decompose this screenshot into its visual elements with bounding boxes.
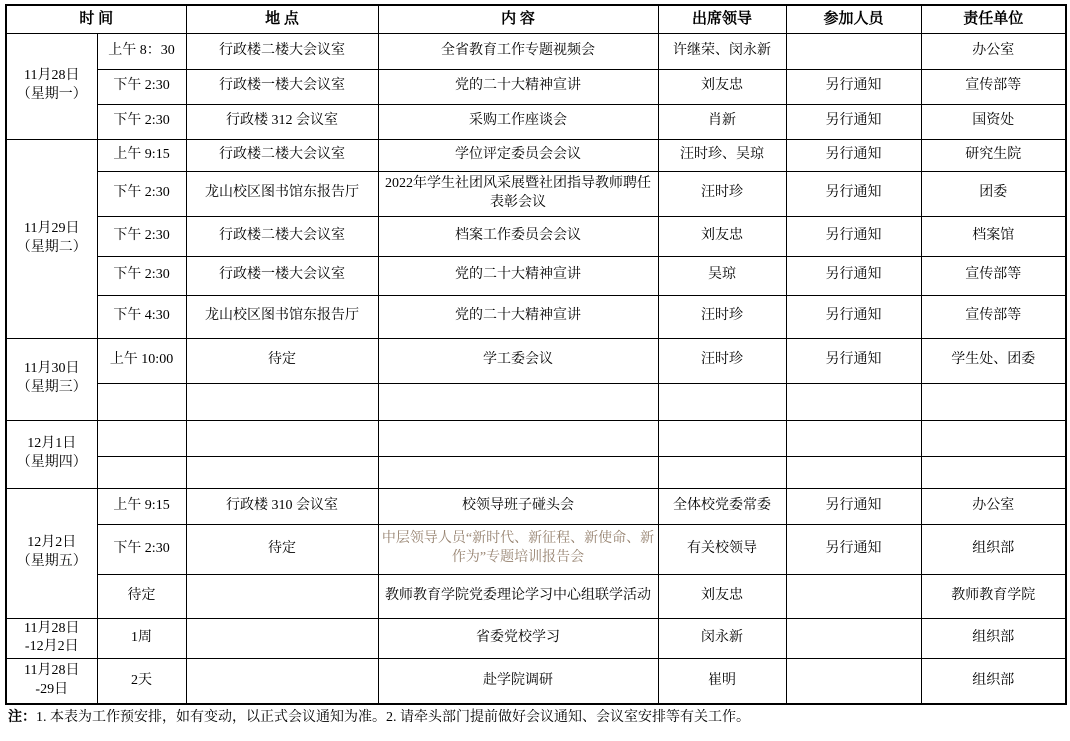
table-row — [6, 456, 1066, 488]
content-cell: 教师教育学院党委理论学习中心组联学活动 — [378, 574, 658, 618]
leaders-cell — [658, 456, 786, 488]
date-cell: 11月28日 -29日 — [6, 659, 97, 704]
time-cell: 下午 4:30 — [97, 295, 186, 338]
unit-cell: 组织部 — [921, 618, 1066, 659]
place-cell — [186, 383, 378, 420]
table-row: 下午 2:30 行政楼一楼大会议室 党的二十大精神宣讲 刘友忠 另行通知 宣传部… — [6, 69, 1066, 104]
participants-cell — [786, 659, 921, 704]
unit-cell: 组织部 — [921, 659, 1066, 704]
participants-cell — [786, 420, 921, 456]
unit-cell: 团委 — [921, 171, 1066, 216]
date-cell: 11月28日 （星期一） — [6, 33, 97, 139]
date-line2: -29日 — [10, 681, 94, 700]
date-line2: （星期二） — [10, 239, 94, 258]
time-cell — [97, 383, 186, 420]
place-cell: 行政楼一楼大会议室 — [186, 256, 378, 295]
place-cell: 行政楼二楼大会议室 — [186, 33, 378, 69]
header-participants: 参加人员 — [786, 5, 921, 33]
participants-cell: 另行通知 — [786, 104, 921, 139]
date-line2: （星期五） — [10, 553, 94, 572]
content-cell: 学位评定委员会会议 — [378, 139, 658, 171]
date-line2: （星期一） — [10, 86, 94, 105]
leaders-cell: 刘友忠 — [658, 216, 786, 256]
participants-cell: 另行通知 — [786, 295, 921, 338]
unit-cell: 办公室 — [921, 33, 1066, 69]
content-cell: 校领导班子碰头会 — [378, 488, 658, 524]
unit-cell — [921, 420, 1066, 456]
unit-cell: 宣传部等 — [921, 69, 1066, 104]
footnote: 注：1. 本表为工作预安排，如有变动，以正式会议通知为准。2. 请牵头部门提前做… — [8, 706, 1058, 726]
participants-cell: 另行通知 — [786, 171, 921, 216]
date-cell: 11月30日 （星期三） — [6, 338, 97, 420]
place-cell: 待定 — [186, 524, 378, 574]
leaders-cell — [658, 383, 786, 420]
content-cell-highlighted: 中层领导人员“新时代、新征程、新使命、新作为”专题培训报告会 — [378, 524, 658, 574]
place-cell: 龙山校区图书馆东报告厅 — [186, 171, 378, 216]
unit-cell: 档案馆 — [921, 216, 1066, 256]
content-cell: 档案工作委员会会议 — [378, 216, 658, 256]
place-cell: 龙山校区图书馆东报告厅 — [186, 295, 378, 338]
footnote-prefix: 注： — [8, 710, 36, 725]
date-line1: 11月29日 — [10, 220, 94, 239]
time-cell: 下午 2:30 — [97, 69, 186, 104]
leaders-cell: 刘友忠 — [658, 574, 786, 618]
time-cell — [97, 420, 186, 456]
time-cell: 下午 2:30 — [97, 104, 186, 139]
date-cell: 11月29日 （星期二） — [6, 139, 97, 338]
leaders-cell: 刘友忠 — [658, 69, 786, 104]
participants-cell: 另行通知 — [786, 139, 921, 171]
time-cell: 上午 9:15 — [97, 139, 186, 171]
content-cell — [378, 456, 658, 488]
schedule-page: 时 间 地 点 内 容 出席领导 参加人员 责任单位 11月28日 （星期一） … — [0, 0, 1070, 741]
place-cell: 行政楼 312 会议室 — [186, 104, 378, 139]
leaders-cell — [658, 420, 786, 456]
unit-cell: 办公室 — [921, 488, 1066, 524]
place-cell — [186, 659, 378, 704]
content-cell: 2022年学生社团风采展暨社团指导教师聘任表彰会议 — [378, 171, 658, 216]
leaders-cell: 汪时珍 — [658, 295, 786, 338]
unit-cell — [921, 383, 1066, 420]
unit-cell: 研究生院 — [921, 139, 1066, 171]
participants-cell — [786, 574, 921, 618]
table-row: 12月1日 （星期四） — [6, 420, 1066, 456]
unit-cell: 国资处 — [921, 104, 1066, 139]
date-cell: 11月28日 -12月2日 — [6, 618, 97, 659]
participants-cell — [786, 618, 921, 659]
content-cell: 党的二十大精神宣讲 — [378, 69, 658, 104]
date-line2: （星期四） — [10, 454, 94, 473]
place-cell — [186, 574, 378, 618]
content-cell — [378, 383, 658, 420]
content-cell: 党的二十大精神宣讲 — [378, 256, 658, 295]
time-cell: 下午 2:30 — [97, 256, 186, 295]
time-cell: 下午 2:30 — [97, 171, 186, 216]
content-cell: 全省教育工作专题视频会 — [378, 33, 658, 69]
time-cell: 上午 8：30 — [97, 33, 186, 69]
time-cell: 下午 2:30 — [97, 216, 186, 256]
time-cell: 下午 2:30 — [97, 524, 186, 574]
table-row: 下午 2:30 行政楼二楼大会议室 档案工作委员会会议 刘友忠 另行通知 档案馆 — [6, 216, 1066, 256]
content-cell: 省委党校学习 — [378, 618, 658, 659]
schedule-table: 时 间 地 点 内 容 出席领导 参加人员 责任单位 11月28日 （星期一） … — [5, 4, 1067, 705]
unit-cell: 组织部 — [921, 524, 1066, 574]
date-line1: 11月28日 — [10, 67, 94, 86]
unit-cell: 教师教育学院 — [921, 574, 1066, 618]
leaders-cell: 许继荣、闵永新 — [658, 33, 786, 69]
place-cell — [186, 456, 378, 488]
table-row: 11月28日 -12月2日 1周 省委党校学习 闵永新 组织部 — [6, 618, 1066, 659]
leaders-cell: 崔明 — [658, 659, 786, 704]
header-content: 内 容 — [378, 5, 658, 33]
table-row: 12月2日 （星期五） 上午 9:15 行政楼 310 会议室 校领导班子碰头会… — [6, 488, 1066, 524]
table-row: 11月28日 （星期一） 上午 8：30 行政楼二楼大会议室 全省教育工作专题视… — [6, 33, 1066, 69]
content-cell: 学工委会议 — [378, 338, 658, 383]
unit-cell: 宣传部等 — [921, 256, 1066, 295]
place-cell: 待定 — [186, 338, 378, 383]
table-row: 待定 教师教育学院党委理论学习中心组联学活动 刘友忠 教师教育学院 — [6, 574, 1066, 618]
date-cell: 12月1日 （星期四） — [6, 420, 97, 488]
leaders-cell: 全体校党委常委 — [658, 488, 786, 524]
table-row: 下午 2:30 行政楼一楼大会议室 党的二十大精神宣讲 吴琼 另行通知 宣传部等 — [6, 256, 1066, 295]
leaders-cell: 吴琼 — [658, 256, 786, 295]
leaders-cell: 有关校领导 — [658, 524, 786, 574]
participants-cell: 另行通知 — [786, 256, 921, 295]
time-cell: 上午 10:00 — [97, 338, 186, 383]
time-cell — [97, 456, 186, 488]
table-row: 下午 4:30 龙山校区图书馆东报告厅 党的二十大精神宣讲 汪时珍 另行通知 宣… — [6, 295, 1066, 338]
participants-cell: 另行通知 — [786, 69, 921, 104]
place-cell: 行政楼二楼大会议室 — [186, 139, 378, 171]
leaders-cell: 汪时珍、吴琼 — [658, 139, 786, 171]
place-cell: 行政楼一楼大会议室 — [186, 69, 378, 104]
header-row: 时 间 地 点 内 容 出席领导 参加人员 责任单位 — [6, 5, 1066, 33]
participants-cell — [786, 456, 921, 488]
participants-cell: 另行通知 — [786, 524, 921, 574]
time-cell: 上午 9:15 — [97, 488, 186, 524]
table-row: 下午 2:30 龙山校区图书馆东报告厅 2022年学生社团风采展暨社团指导教师聘… — [6, 171, 1066, 216]
table-row: 11月29日 （星期二） 上午 9:15 行政楼二楼大会议室 学位评定委员会会议… — [6, 139, 1066, 171]
table-row: 下午 2:30 行政楼 312 会议室 采购工作座谈会 肖新 另行通知 国资处 — [6, 104, 1066, 139]
date-line1: 11月28日 — [10, 620, 94, 639]
unit-cell: 宣传部等 — [921, 295, 1066, 338]
header-unit: 责任单位 — [921, 5, 1066, 33]
content-cell — [378, 420, 658, 456]
time-cell: 1周 — [97, 618, 186, 659]
content-cell: 采购工作座谈会 — [378, 104, 658, 139]
table-row: 11月28日 -29日 2天 赴学院调研 崔明 组织部 — [6, 659, 1066, 704]
leaders-cell: 肖新 — [658, 104, 786, 139]
unit-cell: 学生处、团委 — [921, 338, 1066, 383]
leaders-cell: 汪时珍 — [658, 171, 786, 216]
date-line1: 11月30日 — [10, 360, 94, 379]
unit-cell — [921, 456, 1066, 488]
participants-cell — [786, 383, 921, 420]
participants-cell: 另行通知 — [786, 488, 921, 524]
participants-cell: 另行通知 — [786, 216, 921, 256]
header-place: 地 点 — [186, 5, 378, 33]
date-line1: 12月1日 — [10, 435, 94, 454]
date-line2: （星期三） — [10, 379, 94, 398]
content-cell: 赴学院调研 — [378, 659, 658, 704]
footnote-text: 1. 本表为工作预安排，如有变动，以正式会议通知为准。2. 请牵头部门提前做好会… — [36, 710, 750, 725]
place-cell — [186, 420, 378, 456]
leaders-cell: 汪时珍 — [658, 338, 786, 383]
date-line1: 11月28日 — [10, 662, 94, 681]
participants-cell — [786, 33, 921, 69]
place-cell: 行政楼二楼大会议室 — [186, 216, 378, 256]
date-line2: -12月2日 — [10, 638, 94, 657]
date-line1: 12月2日 — [10, 534, 94, 553]
participants-cell: 另行通知 — [786, 338, 921, 383]
table-row — [6, 383, 1066, 420]
place-cell — [186, 618, 378, 659]
table-row: 下午 2:30 待定 中层领导人员“新时代、新征程、新使命、新作为”专题培训报告… — [6, 524, 1066, 574]
header-time: 时 间 — [6, 5, 186, 33]
content-cell: 党的二十大精神宣讲 — [378, 295, 658, 338]
date-cell: 12月2日 （星期五） — [6, 488, 97, 618]
table-row: 11月30日 （星期三） 上午 10:00 待定 学工委会议 汪时珍 另行通知 … — [6, 338, 1066, 383]
place-cell: 行政楼 310 会议室 — [186, 488, 378, 524]
header-leaders: 出席领导 — [658, 5, 786, 33]
time-cell: 2天 — [97, 659, 186, 704]
time-cell: 待定 — [97, 574, 186, 618]
leaders-cell: 闵永新 — [658, 618, 786, 659]
